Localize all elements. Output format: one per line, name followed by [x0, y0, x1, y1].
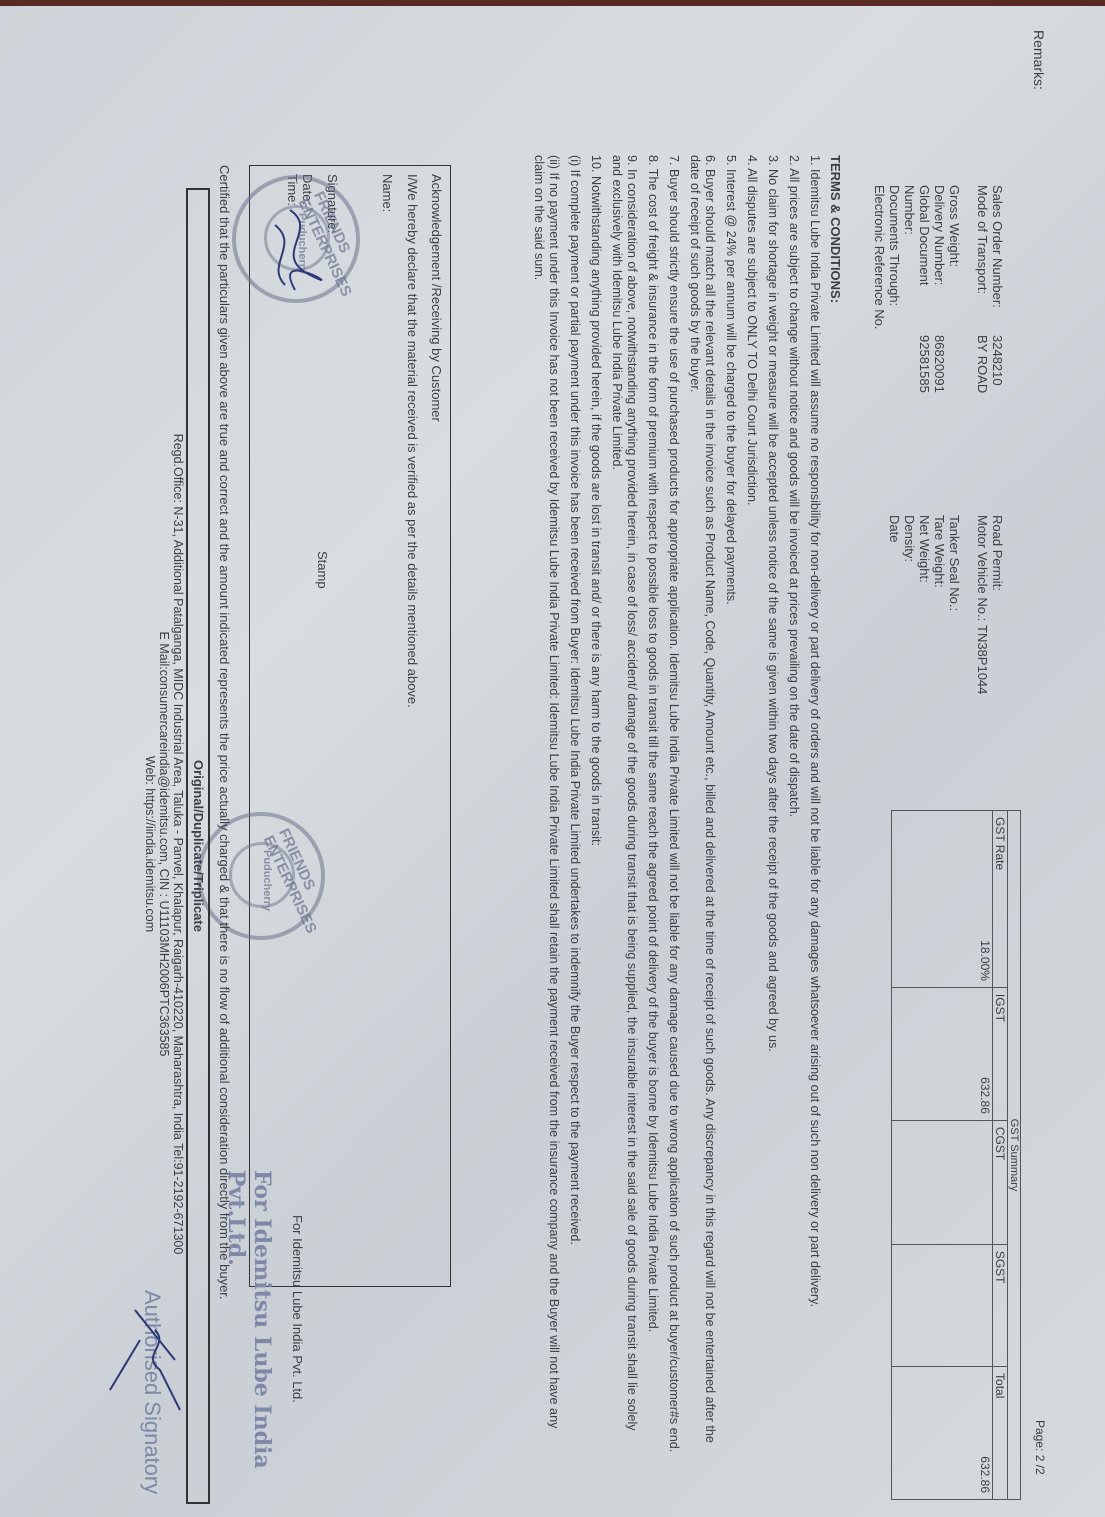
info-row: Electronic Reference No. — [872, 185, 887, 393]
term-item: 10. Notwithstanding anything provided he… — [588, 155, 603, 1455]
info-label: Electronic Reference No. — [872, 185, 887, 335]
acknowledgement-declaration: I/We hereby declare that the material re… — [405, 174, 420, 708]
col-cgst: CGST — [993, 1120, 1008, 1244]
info-row: Motor Vehicle No.:TN38P1044 — [975, 515, 990, 694]
info-row: Sales Order Number:3248210 — [990, 185, 1005, 393]
stamp-label: Stamp — [315, 551, 330, 589]
info-label: Motor Vehicle No.: — [975, 515, 990, 625]
col-total: Total — [993, 1367, 1008, 1500]
order-info-right: Road Permit: Motor Vehicle No.:TN38P1044… — [887, 515, 1005, 694]
table-row: 18.00% 632.86 632.86 — [892, 811, 993, 1500]
order-info-left: Sales Order Number:3248210 Mode of Trans… — [872, 185, 1005, 393]
term-item: (ii) If no payment under this Invoice ha… — [531, 155, 561, 1455]
info-label: Date — [887, 515, 902, 625]
term-item: 6. Buyer should match all the relevant d… — [687, 155, 717, 1455]
stamp-inner-text: Puducherry — [261, 850, 273, 911]
term-item: 5. Interest @ 24% per annum will be char… — [723, 155, 738, 1455]
info-row: Gross Weight: — [947, 185, 962, 393]
terms-and-conditions: TERMS & CONDITIONS: 1. Idemitsu Lube Ind… — [525, 155, 843, 1455]
acknowledgement-box: Acknowledgement /Receiving by Customer I… — [249, 165, 451, 1287]
sales-order-number: 3248210 — [990, 335, 1005, 386]
term-item: 7. Buyer should strictly ensure the use … — [666, 155, 681, 1455]
copy-type-label: Original/Duplicate/Triplicate — [186, 188, 210, 1504]
info-row: Mode of Transport:BY ROAD — [975, 185, 990, 393]
info-row: Delivery Number:86820091 — [932, 185, 947, 393]
motor-vehicle-no: TN38P1044 — [975, 625, 990, 694]
info-label: Tanker Seal No.: — [947, 515, 962, 625]
info-row: Global Document Number:92581585 — [902, 185, 932, 393]
delivery-number: 86820091 — [932, 335, 947, 393]
invoice-page: Remarks: Page: 2 /2 Sales Order Number:3… — [0, 0, 1105, 1517]
term-item: 4. All disputes are subject to ONLY TO D… — [744, 155, 759, 1455]
info-row: Tare Weight: — [932, 515, 947, 694]
footer: Regd.Office: N-31, Additional Patalganga… — [143, 188, 185, 1500]
cgst-value — [892, 1120, 993, 1244]
info-label: Net Weight: — [917, 515, 932, 625]
term-item: (i) If complete payment or partial payme… — [567, 155, 582, 1455]
col-sgst: SGST — [993, 1244, 1008, 1366]
contact-email-cin: E Mail:consumercareindia@idemitsu.com, C… — [157, 188, 171, 1500]
info-row: Documents Through: — [887, 185, 902, 393]
info-label: Road Permit: — [990, 515, 1005, 625]
term-item: 3. No claim for shortage in weight or me… — [765, 155, 780, 1455]
gst-summary-table: GST Summary GST Rate IGST CGST SGST Tota… — [891, 810, 1021, 1500]
info-label: Gross Weight: — [947, 185, 962, 335]
website: Web: https://iindia.idemitsu.com — [143, 188, 157, 1500]
gst-summary-caption: GST Summary — [1008, 811, 1021, 1500]
info-label: Density: — [902, 515, 917, 625]
global-document-number: 92581585 — [902, 335, 932, 393]
page-indicator: Page: 2 /2 — [1033, 1420, 1047, 1475]
info-label: Documents Through: — [887, 185, 902, 335]
gst-header-row: GST Rate IGST CGST SGST Total — [993, 811, 1008, 1500]
customer-signature-icon — [260, 205, 330, 295]
igst-value: 632.86 — [892, 987, 993, 1120]
col-gst-rate: GST Rate — [993, 811, 1008, 988]
certification-statement: Certified that the particulars given abo… — [217, 165, 232, 1300]
mode-of-transport: BY ROAD — [975, 335, 990, 393]
term-item: 8. The cost of freight & insurance in th… — [645, 155, 660, 1455]
registered-office-address: Regd.Office: N-31, Additional Patalganga… — [171, 188, 185, 1500]
col-igst: IGST — [993, 987, 1008, 1120]
total-value: 632.86 — [892, 1367, 993, 1500]
name-field-label: Name: — [380, 174, 395, 212]
term-item: 1. Idemitsu Lube India Private Limited w… — [807, 155, 822, 1455]
acknowledgement-title: Acknowledgement /Receiving by Customer — [429, 174, 444, 422]
info-label: Global Document Number: — [902, 185, 932, 335]
terms-title: TERMS & CONDITIONS: — [828, 155, 843, 1455]
info-row: Road Permit: — [990, 515, 1005, 694]
info-label: Tare Weight: — [932, 515, 947, 625]
info-row: Net Weight: — [917, 515, 932, 694]
info-row: Density: — [902, 515, 917, 694]
info-row: Date — [887, 515, 902, 694]
info-label: Delivery Number: — [932, 185, 947, 335]
for-company-label: For Idemitsu Lube India Pvt. Ltd. — [290, 1215, 305, 1403]
term-item: 9. In consideration of above, notwithsta… — [609, 155, 639, 1455]
sgst-value — [892, 1244, 993, 1366]
gst-rate-value: 18.00% — [892, 811, 993, 988]
term-item: 2. All prices are subject to change with… — [786, 155, 801, 1455]
info-label: Sales Order Number: — [990, 185, 1005, 335]
info-label: Mode of Transport: — [975, 185, 990, 335]
info-row: Tanker Seal No.: — [947, 515, 962, 694]
remarks-label: Remarks: — [1031, 30, 1047, 90]
